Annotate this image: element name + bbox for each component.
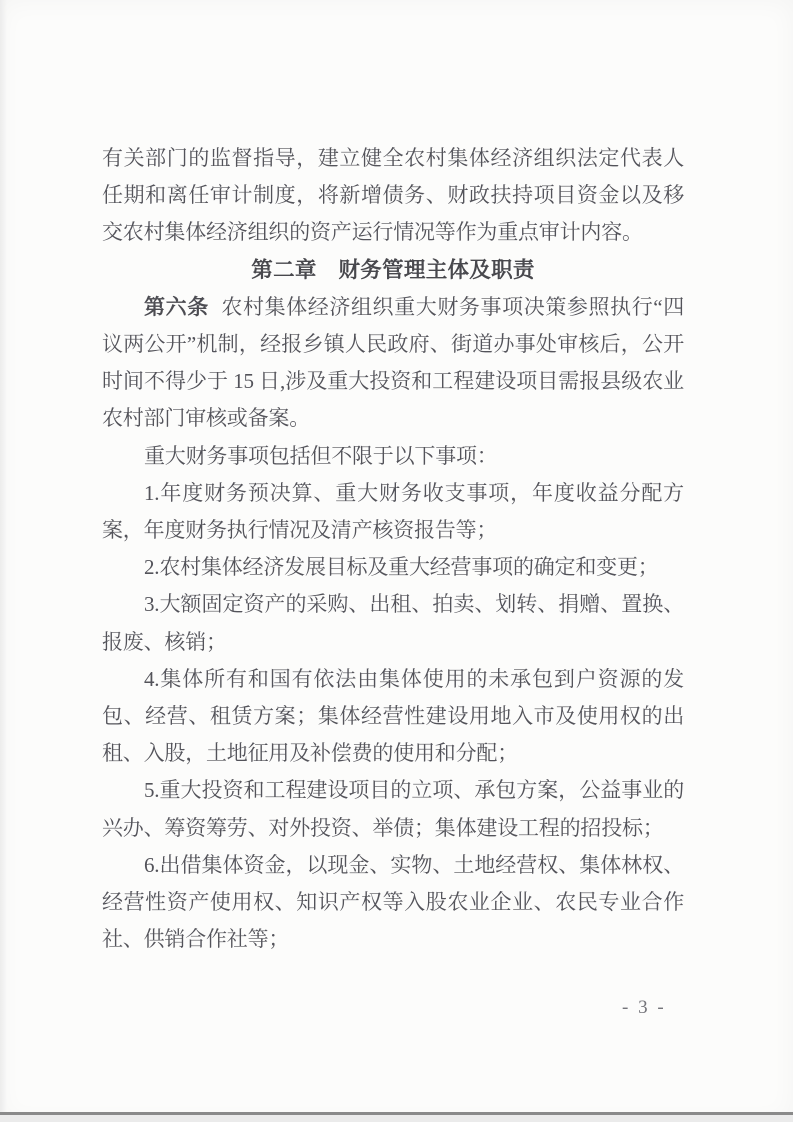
scanned-page: 有关部门的监督指导，建立健全农村集体经济组织法定代表人任期和离任审计制度，将新增…: [0, 0, 793, 1122]
list-item-3: 3.大额固定资产的采购、出租、拍卖、划转、捐赠、置换、报废、核销；: [102, 586, 684, 660]
list-item-6: 6.出借集体资金，以现金、实物、土地经营权、集体林权、经营性资产使用权、知识产权…: [102, 847, 684, 959]
article-number-lead: 第六条: [144, 295, 209, 319]
intro-paragraph: 重大财务事项包括但不限于以下事项：: [102, 438, 684, 475]
chapter-heading: 第二章 财务管理主体及职责: [102, 252, 684, 289]
article-6-paragraph: 第六条农村集体经济组织重大财务事项决策参照执行“四议两公开”机制，经报乡镇人民政…: [102, 289, 684, 438]
scan-left-edge-shade: [0, 0, 7, 1122]
page-number: - 3 -: [622, 997, 666, 1019]
list-item-5: 5.重大投资和工程建设项目的立项、承包方案，公益事业的兴办、筹资筹劳、对外投资、…: [102, 772, 684, 846]
list-item-4: 4.集体所有和国有依法由集体使用的未承包到户资源的发包、经营、租赁方案；集体经营…: [102, 661, 684, 773]
continued-paragraph: 有关部门的监督指导，建立健全农村集体经济组织法定代表人任期和离任审计制度，将新增…: [102, 140, 684, 252]
document-body: 有关部门的监督指导，建立健全农村集体经济组织法定代表人任期和离任审计制度，将新增…: [102, 140, 684, 958]
list-item-1: 1.年度财务预决算、重大财务收支事项，年度收益分配方案，年度财务执行情况及清产核…: [102, 475, 684, 549]
list-item-2: 2.农村集体经济发展目标及重大经营事项的确定和变更；: [102, 549, 684, 586]
scan-bottom-edge-shade: [0, 1115, 793, 1122]
